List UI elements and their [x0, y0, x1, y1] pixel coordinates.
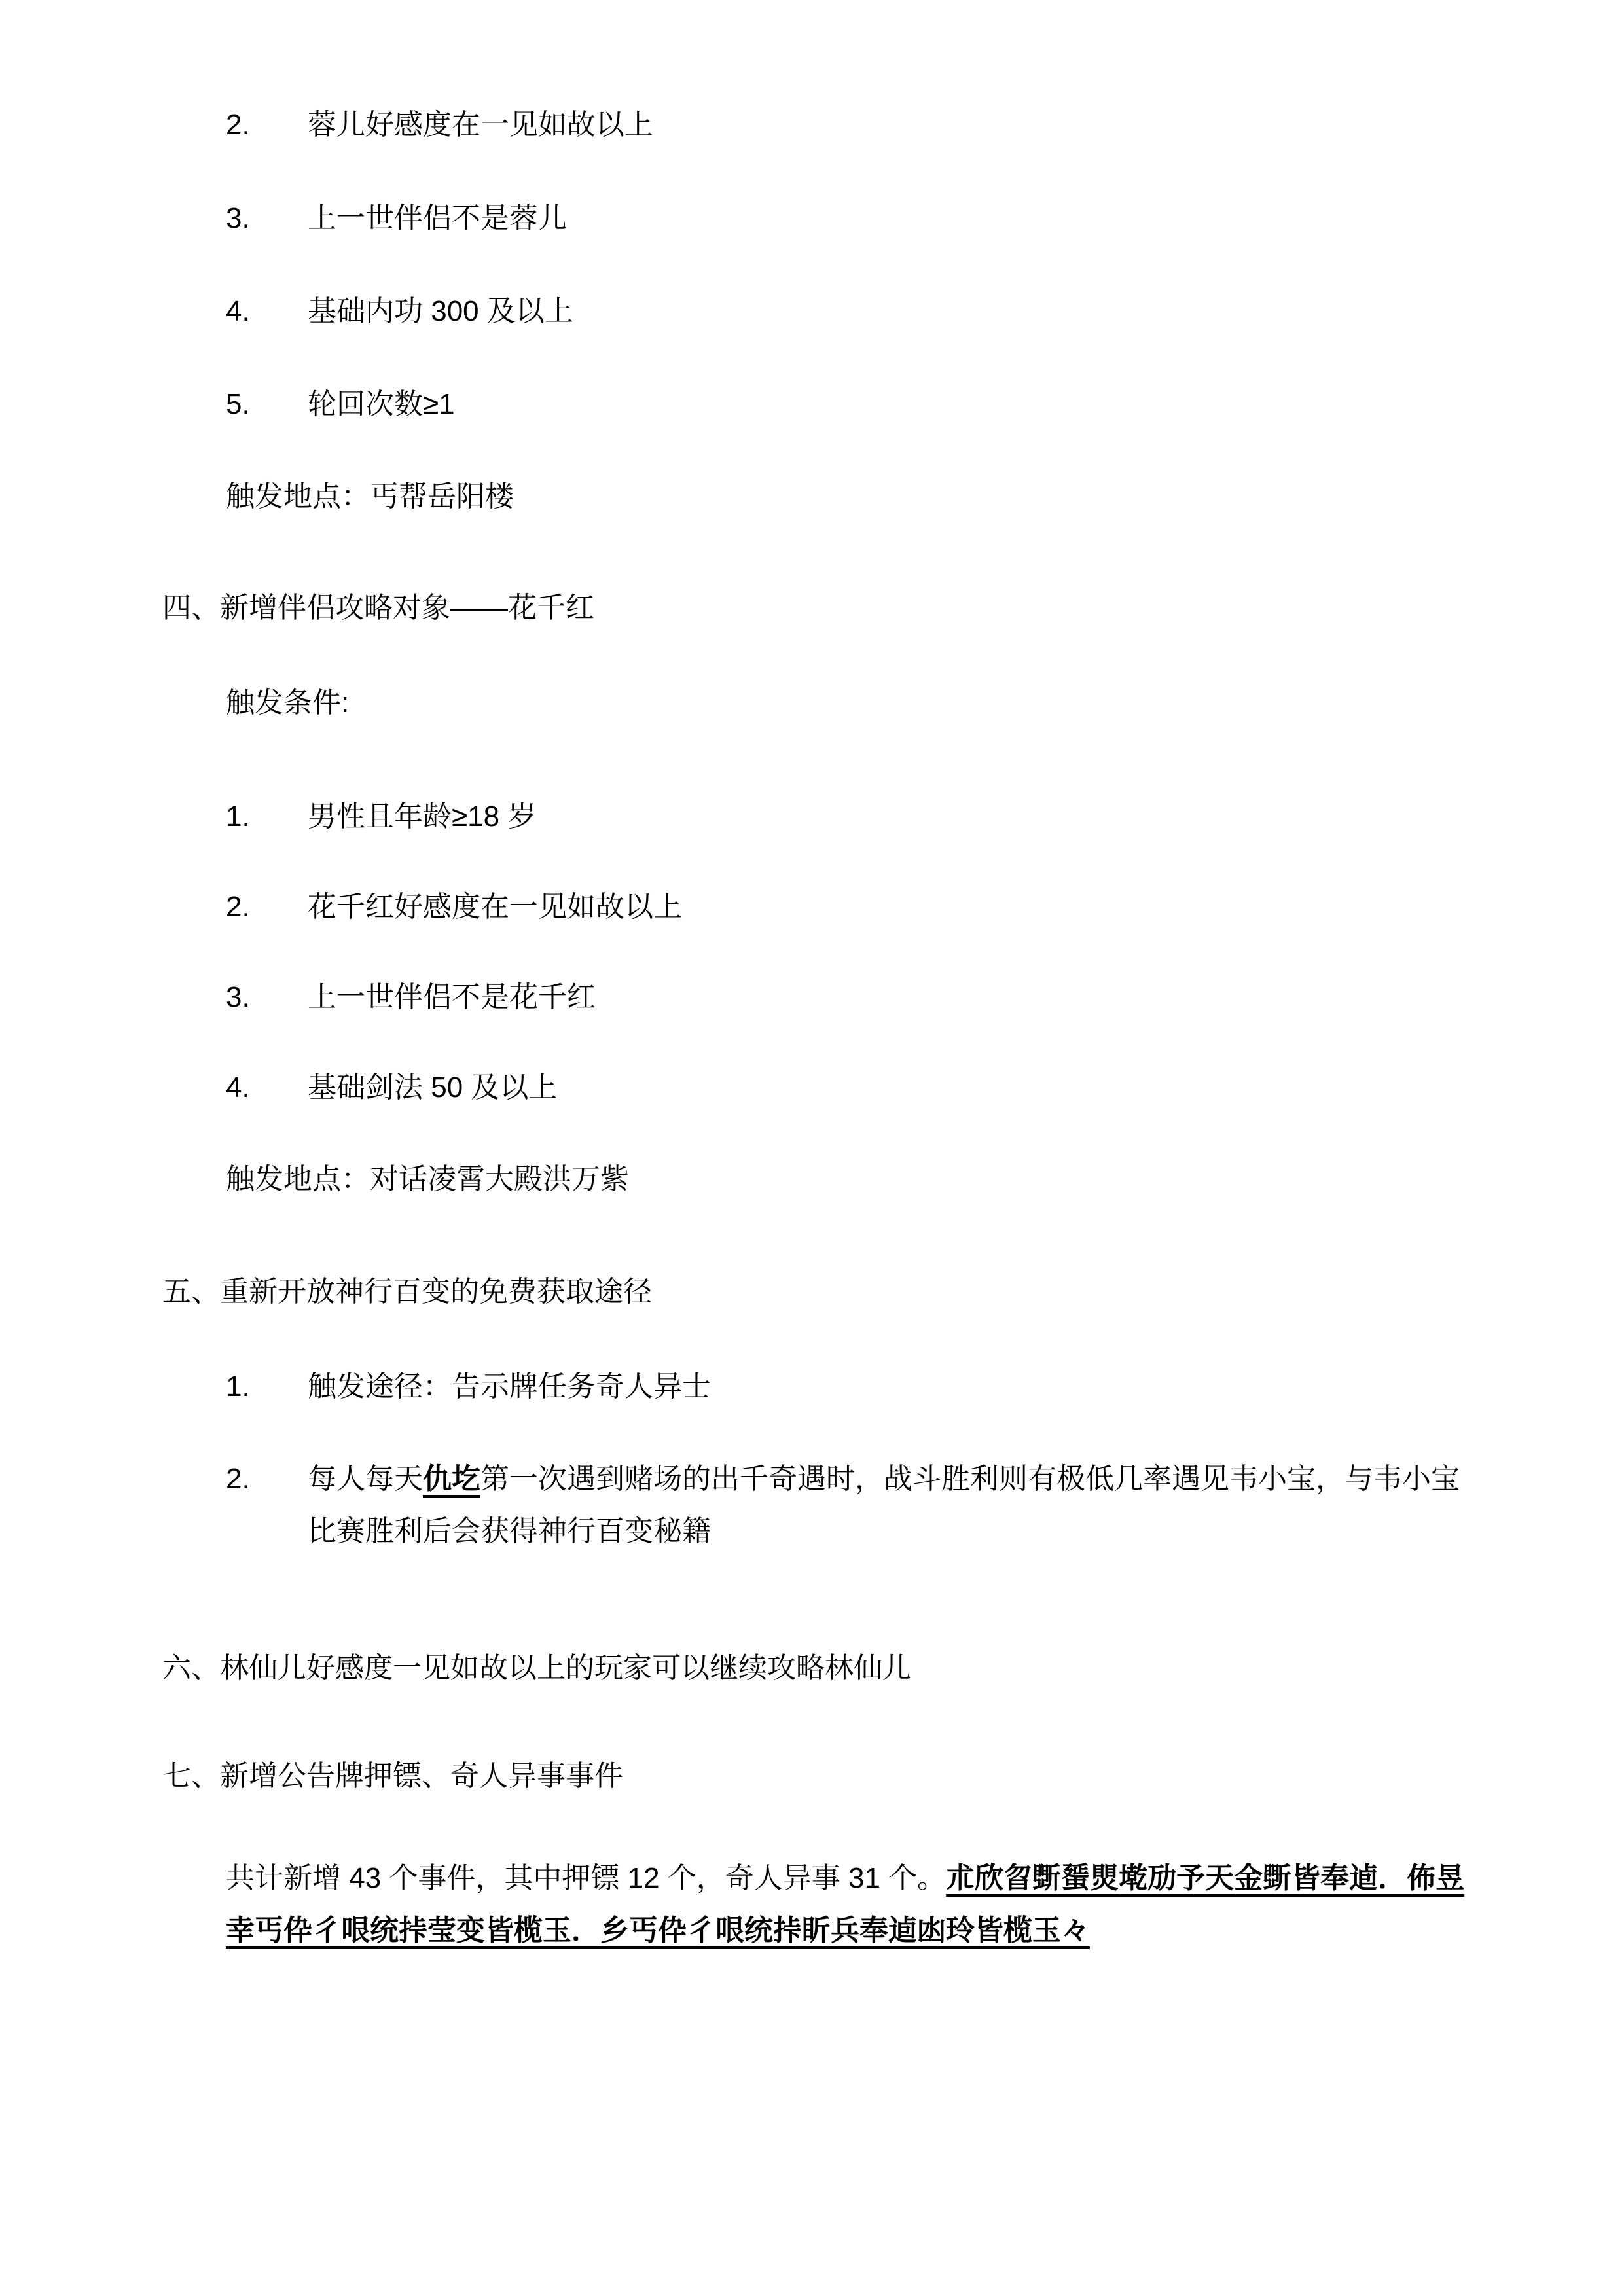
list-item-number: 4. [226, 295, 250, 328]
list-item-text: 花千红好感度在一见如故以上 [308, 891, 682, 923]
trigger-condition-label: 触发条件: [226, 686, 1462, 719]
list-item-number: 3. [226, 980, 250, 1014]
section-heading-4: 四、新增伴侣攻略对象——花千红 [162, 591, 1462, 624]
trigger-location-a: 触发地点：丐帮岳阳楼 [226, 480, 1462, 513]
list-item-text: 基础内功 300 及以上 [308, 295, 573, 327]
list-item-text: 上一世伴侣不是花千红 [308, 981, 596, 1013]
list-item-text: 蓉儿好感度在一见如故以上 [308, 109, 653, 141]
list-item: 2. 蓉儿好感度在一见如故以上 [162, 108, 1462, 141]
summary-paragraph: 共计新增 43 个事件，其中押镖 12 个，奇人异事 31 个。朮欣曶斲蜑煛墘劢… [226, 1852, 1476, 1957]
list-item: 2. 花千红好感度在一见如故以上 [162, 890, 1462, 924]
list-item-text-suffix: 第一次遇到赌场的出千奇遇时，战斗胜利则有极低几率遇见韦小宝，与韦小宝比赛胜利后会… [308, 1463, 1460, 1547]
section-heading-6: 六、林仙儿好感度一见如故以上的玩家可以继续攻略林仙儿 [162, 1651, 1462, 1685]
section-heading-7: 七、新增公告牌押镖、奇人异事事件 [162, 1759, 1462, 1793]
list-item-number: 2. [226, 1453, 250, 1505]
list-item: 4. 基础内功 300 及以上 [162, 295, 1462, 328]
list-item-number: 1. [226, 1370, 250, 1403]
list-item-number: 2. [226, 890, 250, 924]
document-page: 2. 蓉儿好感度在一见如故以上 3. 上一世伴侣不是蓉儿 4. 基础内功 300… [0, 0, 1624, 2296]
list-item-text-prefix: 每人每天 [308, 1463, 423, 1495]
list-item: 4. 基础剑法 50 及以上 [162, 1071, 1462, 1104]
trigger-location-b: 触发地点：对话凌霄大殿洪万紫 [226, 1162, 1462, 1196]
list-item: 1. 触发途径：告示牌任务奇人异士 [162, 1370, 1462, 1403]
list-item-number: 4. [226, 1071, 250, 1104]
list-item-number: 5. [226, 387, 250, 421]
list-item-text: 上一世伴侣不是蓉儿 [308, 202, 567, 234]
section-heading-5: 五、重新开放神行百变的免费获取途径 [162, 1275, 1462, 1308]
list-item-text: 男性且年龄≥18 岁 [308, 800, 536, 833]
list-item-text: 触发途径：告示牌任务奇人异士 [308, 1371, 711, 1403]
list-item: 3. 上一世伴侣不是蓉儿 [162, 202, 1462, 235]
list-item-text: 基础剑法 50 及以上 [308, 1071, 557, 1103]
list-item-number: 2. [226, 108, 250, 141]
list-item: 2. 每人每天仇圪第一次遇到赌场的出千奇遇时，战斗胜利则有极低几率遇见韦小宝，与… [162, 1453, 1462, 1558]
list-item: 1. 男性且年龄≥18 岁 [162, 800, 1462, 833]
summary-normal-text: 共计新增 43 个事件，其中押镖 12 个，奇人异事 31 个。 [226, 1862, 946, 1894]
list-item-text: 轮回次数≥1 [308, 388, 455, 420]
list-item-number: 3. [226, 202, 250, 235]
list-item-text-bold: 仇圪 [423, 1463, 480, 1495]
list-item-number: 1. [226, 800, 250, 833]
list-item: 5. 轮回次数≥1 [162, 387, 1462, 421]
list-item: 3. 上一世伴侣不是花千红 [162, 980, 1462, 1014]
